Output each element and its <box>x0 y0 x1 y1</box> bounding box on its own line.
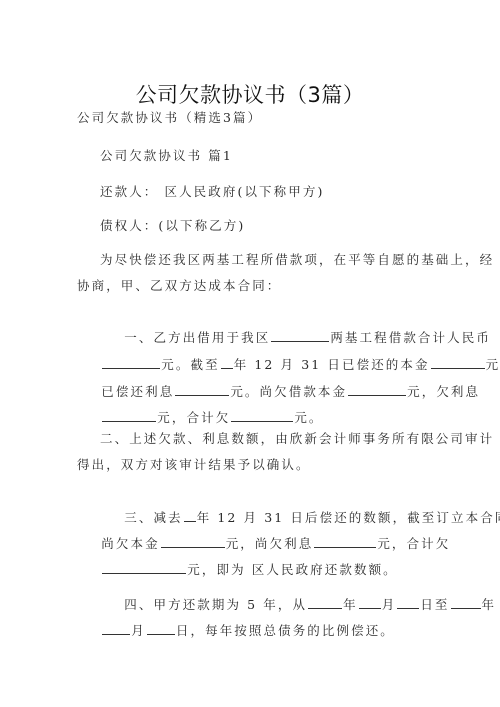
document-page: 公司欠款协议书（3篇） 公司欠款协议书（精选3篇） 公司欠款协议书 篇1 还款人… <box>0 0 500 707</box>
clause1-text: 元， <box>486 357 500 372</box>
blank-field <box>397 596 419 609</box>
blank-field <box>348 383 406 396</box>
section-heading: 公司欠款协议书 篇1 <box>100 148 233 164</box>
clause4-line-2: 月日，每年按照总债务的比例偿还。 <box>77 606 395 655</box>
document-subtitle: 公司欠款协议书（精选3篇） <box>77 110 262 126</box>
clause4-text: 月 <box>131 623 146 638</box>
blank-field <box>102 622 130 635</box>
clause2-line-2: 得出，双方对该审计结果予以确认。 <box>77 457 311 473</box>
preamble-line-2: 协商，甲、乙双方达成本合同： <box>77 278 281 294</box>
clause1-text: 元，合计欠 <box>157 410 230 425</box>
preamble-line-1: 为尽快偿还我区两基工程所借款项，在平等自愿的基础上，经 <box>100 252 494 268</box>
blank-field <box>102 409 156 422</box>
clause1-text: 元。 <box>294 410 323 425</box>
blank-field <box>231 409 293 422</box>
blank-field <box>451 596 481 609</box>
creditor-line: 债权人：(以下称乙方) <box>100 218 245 234</box>
debtor-line: 还款人： 区人民政府(以下称甲方) <box>100 184 324 200</box>
clause4-text: 年 <box>482 597 497 612</box>
clause2-line-1: 二、上述欠款、利息数额，由欣新会计师事务所有限公司审计 <box>100 431 494 447</box>
blank-field <box>102 561 186 574</box>
clause1-text: 元，欠利息 <box>407 384 480 399</box>
document-title: 公司欠款协议书（3篇） <box>0 80 500 110</box>
blank-field <box>147 622 175 635</box>
clause3-text: 元，即为 区人民政府还款数额。 <box>187 562 397 577</box>
clause4-text: 日，每年按照总债务的比例偿还。 <box>176 623 395 638</box>
clause4-text: 日至 <box>420 597 449 612</box>
